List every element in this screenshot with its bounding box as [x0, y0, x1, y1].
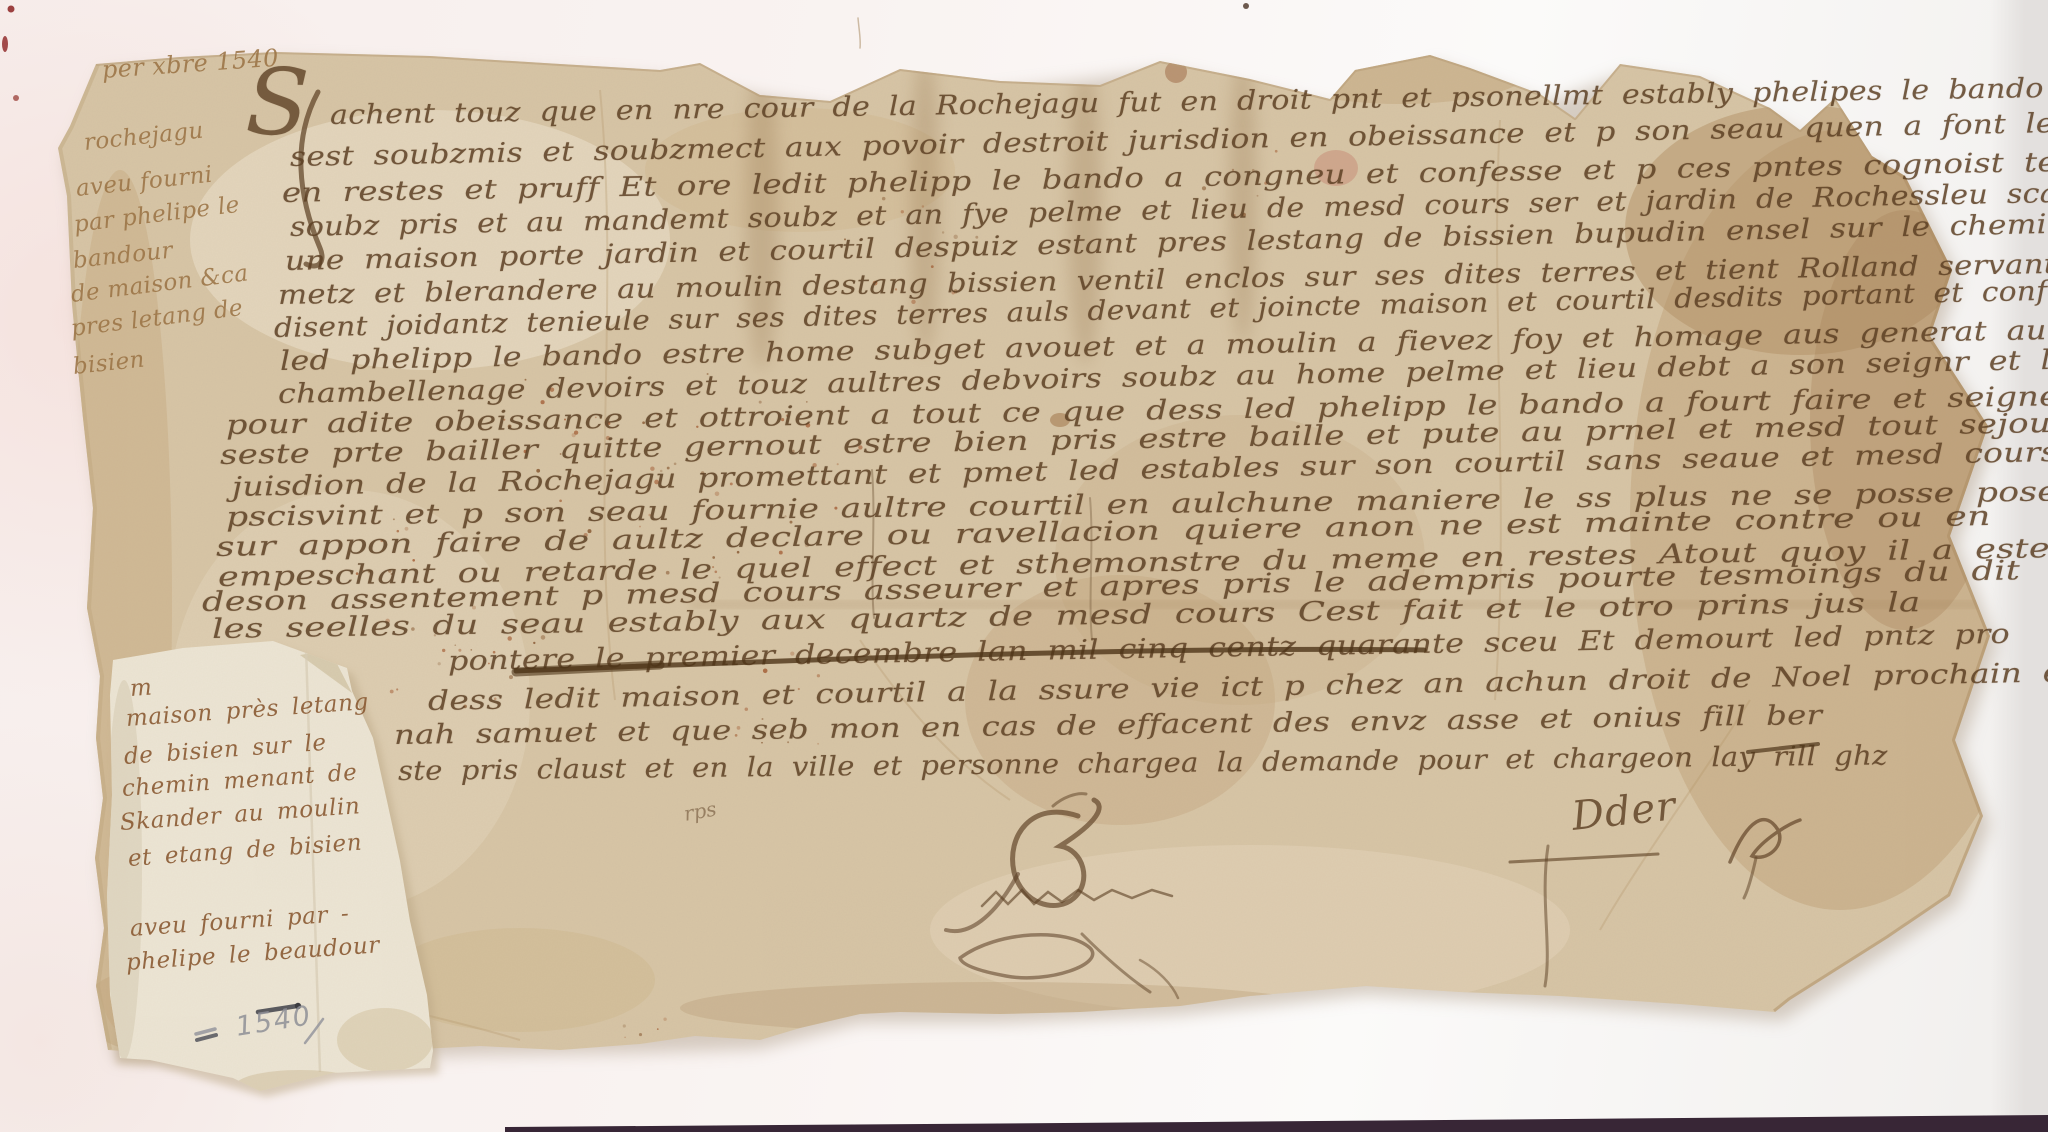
- closing-line-post: fill ber: [1682, 700, 1823, 733]
- closing-line-struck: et onius: [1539, 702, 1682, 735]
- margin-note: pres letang de: [69, 295, 244, 342]
- closing-line: dess ledit maison et courtil a la ssure …: [428, 655, 2048, 717]
- margin-note: bandour: [72, 238, 175, 274]
- manuscript-line: en restes et pruff Et ore ledit phelipp …: [282, 146, 2048, 209]
- manuscript-line: deson assentement p mesd cours asseurer …: [202, 555, 2021, 618]
- ink-flourishes: [0, 0, 2048, 1132]
- strike-word: [1748, 744, 1818, 752]
- staple-icon: [197, 1003, 301, 1040]
- manuscript-line: pscisvint et p son seau fournie aultre c…: [226, 476, 2048, 533]
- manuscript-line: juisdion de la Rochejagu promettant et p…: [232, 435, 2048, 503]
- parchment-texture: [50, 36, 2048, 1070]
- ink-scribble: rps: [682, 797, 718, 826]
- margin-note: aveu fourni: [75, 162, 214, 202]
- dated-line-post: sceu Et demourt led pntz pro: [1464, 619, 2010, 660]
- manuscript-line: sest soubzmis et soubzmect aux povoir de…: [290, 106, 2048, 173]
- scan-crack: [858, 18, 860, 48]
- signature-squiggle: [982, 890, 1172, 906]
- note-line: chemin menant de: [121, 760, 358, 802]
- margin-date-annotation: per xbre 1540: [101, 44, 280, 84]
- manuscript-line: soubz pris et au mandemt soubz et an fye…: [290, 176, 2048, 243]
- margin-note: bisien: [72, 347, 146, 380]
- manuscript-line: empeschant ou retarde le quel effect et …: [218, 533, 2048, 593]
- manuscript-line: chambellenage devoirs et touz aultres de…: [278, 343, 2048, 410]
- pencil-year: 1540: [234, 1000, 315, 1043]
- signature-scrawl: [960, 934, 1178, 998]
- manuscript-line: une maison porte jardin et courtil despu…: [285, 209, 2048, 277]
- initial-swash: [301, 92, 322, 266]
- strike-line-blot: [516, 665, 660, 672]
- manuscript-line: seste prte bailler quitte gernout estre …: [220, 408, 2048, 471]
- pasted-note: [100, 630, 445, 1102]
- text-layer: per xbre 1540 rochejagu aveu fourni par …: [0, 0, 2048, 1132]
- manuscript-line: les seelles du seau estably aux quartz d…: [212, 587, 1921, 645]
- parchment-shadow: [65, 61, 1997, 1061]
- manuscript-line: achent touz que en nre cour de la Rochej…: [330, 71, 2048, 131]
- parchment-art: [0, 0, 2048, 1132]
- closing-line: nah samuet et que seb mon en cas de effa…: [394, 700, 1823, 751]
- note-line: et etang de bisien: [127, 830, 363, 872]
- margin-note: de maison &ca: [69, 260, 249, 308]
- strike-line: [516, 649, 1424, 671]
- manuscript-line: metz et blerandere au moulin destang bis…: [278, 248, 2048, 311]
- dated-line-struck: premier decembre lan mil cinq centz quar…: [644, 628, 1464, 673]
- signature-flourish: [946, 794, 1099, 932]
- manuscript-line: disent joidantz tenieule sur ses dites t…: [274, 274, 2048, 344]
- note-line: aveu fourni par -: [129, 901, 350, 942]
- parchment: [58, 52, 1990, 1054]
- scanner-red-marks: [2, 3, 1249, 101]
- signature-name: Dder: [1570, 783, 1679, 840]
- closing-line-pre: nah samuet et que seb mon en cas de effa…: [394, 704, 1540, 751]
- manuscript-line: sur appon faire de aultz declare ou rave…: [216, 501, 1991, 563]
- signature-paraph: [1510, 820, 1800, 986]
- dated-line-pre: pontere le: [448, 643, 645, 677]
- note-line: de bisien sur le: [123, 730, 327, 770]
- note-line: phelipe le beaudour: [125, 932, 381, 976]
- margin-note: rochejagu: [83, 118, 205, 156]
- scan-strip: [505, 1115, 2048, 1132]
- pencil-marks: [196, 1019, 323, 1043]
- manuscript-line: led phelipp le bando estre home subget a…: [280, 314, 2048, 377]
- manuscript-line: pour adite obeissance et ottroient a tou…: [226, 380, 2048, 441]
- foxing-speckles: [356, 150, 1278, 1060]
- decorated-initial: S: [244, 48, 311, 157]
- closing-line: ste pris claust et en la ville et person…: [398, 740, 1888, 787]
- scanner-edge-band: [1990, 0, 2048, 1132]
- dated-line: pontere le premier decembre lan mil cinq…: [448, 619, 2010, 677]
- note-line: Skander au moulin: [119, 793, 361, 836]
- margin-note: par phelipe le: [72, 192, 241, 238]
- note-line: m: [129, 674, 153, 702]
- manuscript-scan: per xbre 1540 rochejagu aveu fourni par …: [0, 0, 2048, 1132]
- note-line: maison près letang: [125, 689, 370, 732]
